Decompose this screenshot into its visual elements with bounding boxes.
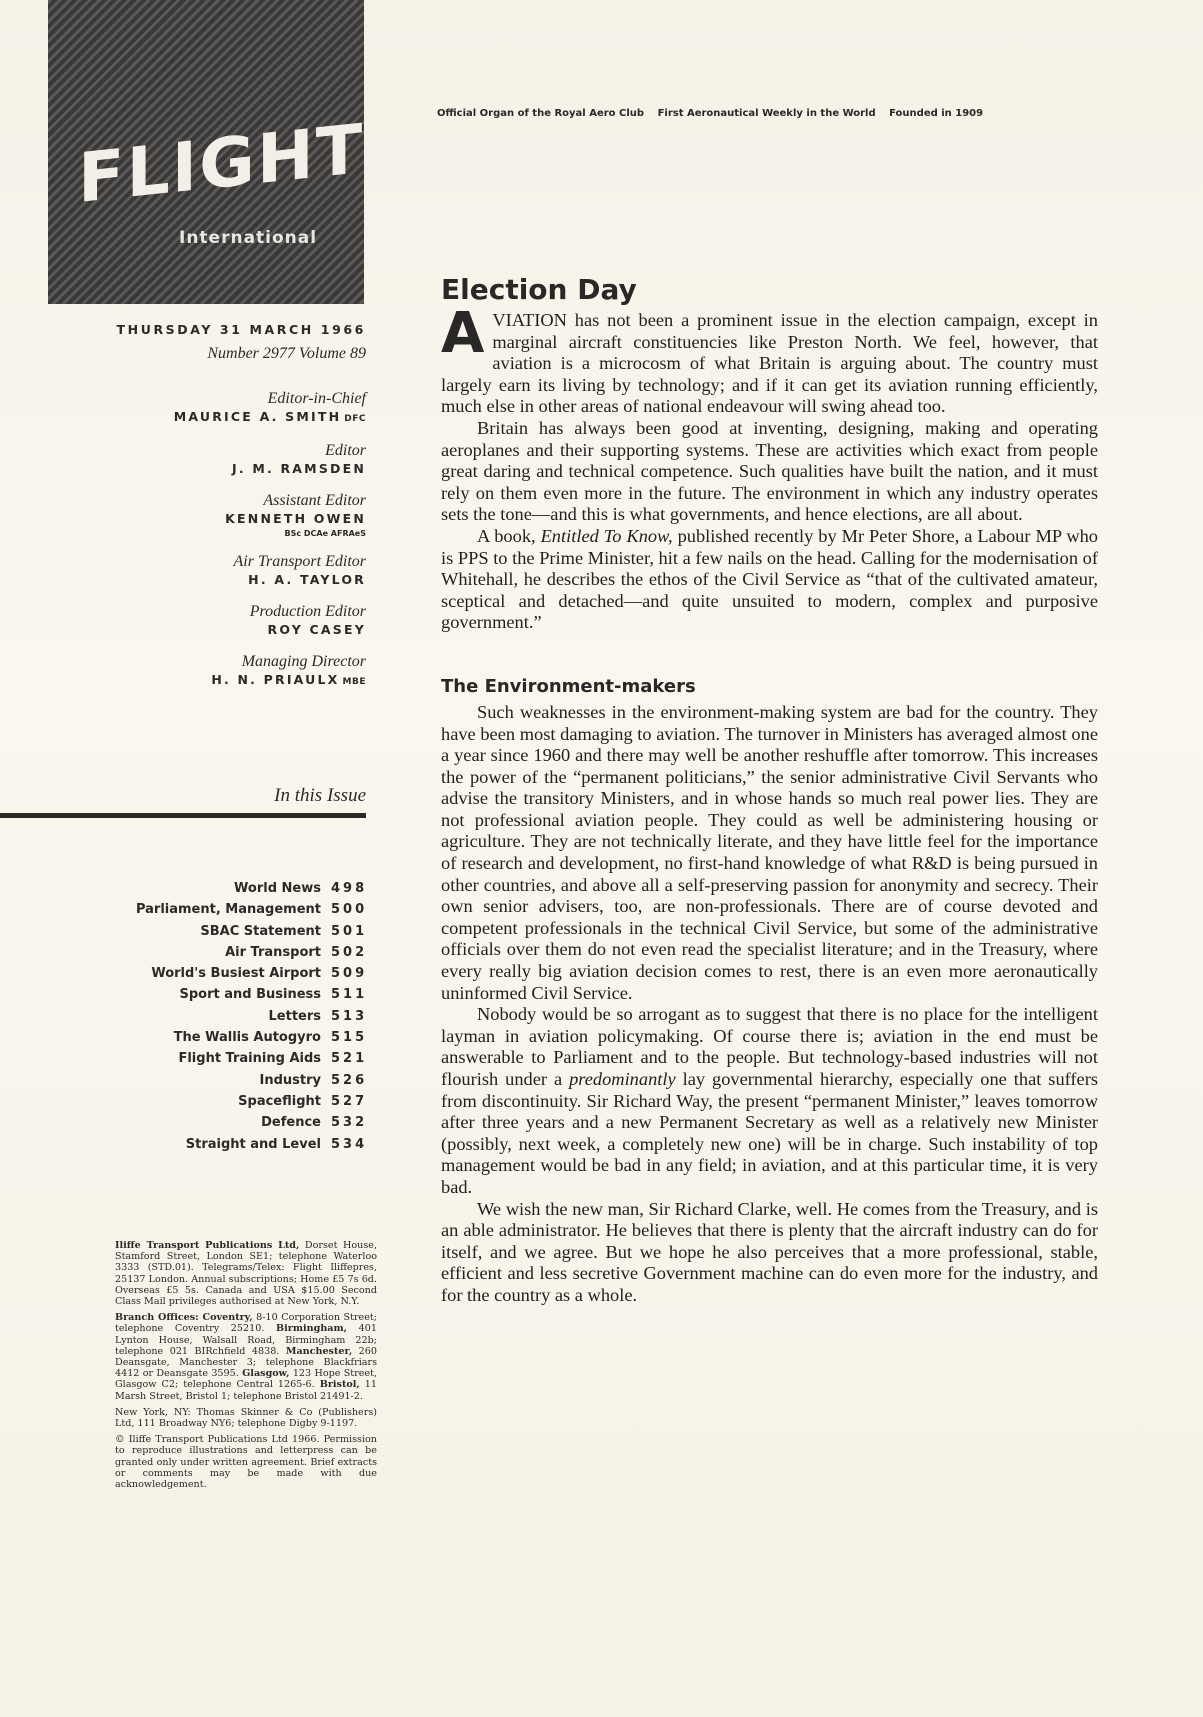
staff-name: MAURICE A. SMITHDFC bbox=[100, 408, 366, 428]
issue-date: THURSDAY 31 MARCH 1966 bbox=[100, 322, 366, 337]
toc-page-number: 502 bbox=[331, 945, 376, 960]
contents-divider bbox=[0, 813, 366, 818]
article-paragraph: A book, Entitled To Know, published rece… bbox=[441, 526, 1098, 634]
staff-suffix: MBE bbox=[343, 677, 366, 687]
toc-page-number: 515 bbox=[331, 1030, 376, 1045]
staff-role: Editor-in-Chief bbox=[100, 389, 366, 408]
toc-page-number: 498 bbox=[331, 881, 376, 896]
tagline-item: First Aeronautical Weekly in the World bbox=[658, 108, 876, 119]
toc-page-number: 521 bbox=[331, 1051, 376, 1066]
toc-title[interactable]: Industry bbox=[260, 1073, 322, 1088]
article-paragraph: Such weaknesses in the environment-makin… bbox=[441, 702, 1098, 1004]
staff-suffix: DFC bbox=[344, 414, 366, 424]
imprint-branch-offices: Branch Offices: Coventry, 8-10 Corporati… bbox=[115, 1312, 377, 1402]
toc-page-number: 509 bbox=[331, 966, 376, 981]
staff-entry: Production Editor ROY CASEY bbox=[100, 602, 366, 639]
staff-qualifications: BSc DCAe AFRAeS bbox=[100, 528, 366, 539]
toc-item[interactable]: Letters513 bbox=[110, 1009, 376, 1030]
toc-page-number: 534 bbox=[331, 1137, 376, 1152]
toc-item[interactable]: Industry526 bbox=[110, 1073, 376, 1094]
staff-role: Managing Director bbox=[100, 652, 366, 671]
staff-name: H. N. PRIAULXMBE bbox=[100, 671, 366, 691]
staff-name: KENNETH OWEN bbox=[100, 510, 366, 528]
staff-entry: Assistant Editor KENNETH OWEN BSc DCAe A… bbox=[100, 491, 366, 539]
toc-page-number: 511 bbox=[331, 987, 376, 1002]
toc-item[interactable]: Straight and Level534 bbox=[110, 1137, 376, 1158]
toc-page-number: 513 bbox=[331, 1009, 376, 1024]
toc-page-number: 526 bbox=[331, 1073, 376, 1088]
flight-logo-subtitle: International bbox=[179, 228, 317, 248]
toc-title[interactable]: World News bbox=[234, 881, 321, 896]
staff-entry: Managing Director H. N. PRIAULXMBE bbox=[100, 652, 366, 691]
tagline-item: Founded in 1909 bbox=[889, 108, 983, 119]
masthead-logo-block: FLIGHT International bbox=[48, 0, 364, 304]
toc-title[interactable]: SBAC Statement bbox=[200, 924, 321, 939]
staff-name: J. M. RAMSDEN bbox=[100, 460, 366, 478]
toc-title[interactable]: World's Busiest Airport bbox=[151, 966, 321, 981]
toc-item[interactable]: The Wallis Autogyro515 bbox=[110, 1030, 376, 1051]
contents-heading: In this Issue bbox=[100, 785, 366, 807]
publisher-imprint: Iliffe Transport Publications Ltd, Dorse… bbox=[115, 1240, 377, 1495]
staff-name: H. A. TAYLOR bbox=[100, 571, 366, 589]
toc-page-number: 527 bbox=[331, 1094, 376, 1109]
staff-role: Air Transport Editor bbox=[100, 552, 366, 571]
toc-title[interactable]: Air Transport bbox=[225, 945, 321, 960]
imprint-publisher: Iliffe Transport Publications Ltd, Dorse… bbox=[115, 1240, 377, 1307]
book-title: Entitled To Know, bbox=[541, 526, 673, 546]
toc-item[interactable]: Spaceflight527 bbox=[110, 1094, 376, 1115]
toc-item[interactable]: Parliament, Management500 bbox=[110, 902, 376, 923]
staff-list: Editor-in-Chief MAURICE A. SMITHDFC Edit… bbox=[100, 389, 366, 691]
article-paragraph: Britain has always been good at inventin… bbox=[441, 418, 1098, 526]
toc-item[interactable]: Flight Training Aids521 bbox=[110, 1051, 376, 1072]
toc-item[interactable]: World's Busiest Airport509 bbox=[110, 966, 376, 987]
drop-cap: A bbox=[441, 312, 484, 356]
staff-role: Production Editor bbox=[100, 602, 366, 621]
imprint-copyright: © Iliffe Transport Publications Ltd 1966… bbox=[115, 1434, 377, 1490]
tagline-item: Official Organ of the Royal Aero Club bbox=[437, 108, 644, 119]
toc-item[interactable]: Sport and Business511 bbox=[110, 987, 376, 1008]
toc-title[interactable]: Spaceflight bbox=[238, 1094, 321, 1109]
toc-title[interactable]: Letters bbox=[269, 1009, 322, 1024]
toc-title[interactable]: Straight and Level bbox=[186, 1137, 321, 1152]
toc-item[interactable]: SBAC Statement501 bbox=[110, 924, 376, 945]
toc-title[interactable]: Parliament, Management bbox=[136, 902, 321, 917]
flight-logo: FLIGHT bbox=[78, 110, 364, 219]
staff-entry: Editor-in-Chief MAURICE A. SMITHDFC bbox=[100, 389, 366, 428]
staff-entry: Editor J. M. RAMSDEN bbox=[100, 441, 366, 478]
toc-page-number: 500 bbox=[331, 902, 376, 917]
staff-role: Assistant Editor bbox=[100, 491, 366, 510]
tagline: Official Organ of the Royal Aero Club Fi… bbox=[437, 108, 993, 119]
toc-title[interactable]: Sport and Business bbox=[179, 987, 321, 1002]
article-headline: Election Day bbox=[441, 272, 1098, 308]
article-paragraph: AVIATION has not been a prominent issue … bbox=[441, 310, 1098, 418]
toc-item[interactable]: World News498 bbox=[110, 881, 376, 902]
article-subheading: The Environment-makers bbox=[441, 676, 1098, 698]
toc-title[interactable]: Flight Training Aids bbox=[178, 1051, 321, 1066]
toc-item[interactable]: Air Transport502 bbox=[110, 945, 376, 966]
staff-entry: Air Transport Editor H. A. TAYLOR bbox=[100, 552, 366, 589]
toc-item[interactable]: Defence532 bbox=[110, 1115, 376, 1136]
toc-page-number: 501 bbox=[331, 924, 376, 939]
toc-page-number: 532 bbox=[331, 1115, 376, 1130]
issue-sidebar: THURSDAY 31 MARCH 1966 Number 2977 Volum… bbox=[100, 322, 366, 704]
table-of-contents: World News498 Parliament, Management500 … bbox=[110, 881, 376, 1158]
staff-name: ROY CASEY bbox=[100, 621, 366, 639]
imprint-new-york: New York, NY: Thomas Skinner & Co (Publi… bbox=[115, 1407, 377, 1429]
staff-role: Editor bbox=[100, 441, 366, 460]
article-paragraph: We wish the new man, Sir Richard Clarke,… bbox=[441, 1199, 1098, 1307]
toc-title[interactable]: The Wallis Autogyro bbox=[174, 1030, 321, 1045]
article-paragraph: Nobody would be so arrogant as to sugges… bbox=[441, 1004, 1098, 1198]
issue-number: Number 2977 Volume 89 bbox=[100, 345, 366, 363]
editorial-article: Election Day AVIATION has not been a pro… bbox=[441, 272, 1098, 1307]
toc-title[interactable]: Defence bbox=[261, 1115, 321, 1130]
